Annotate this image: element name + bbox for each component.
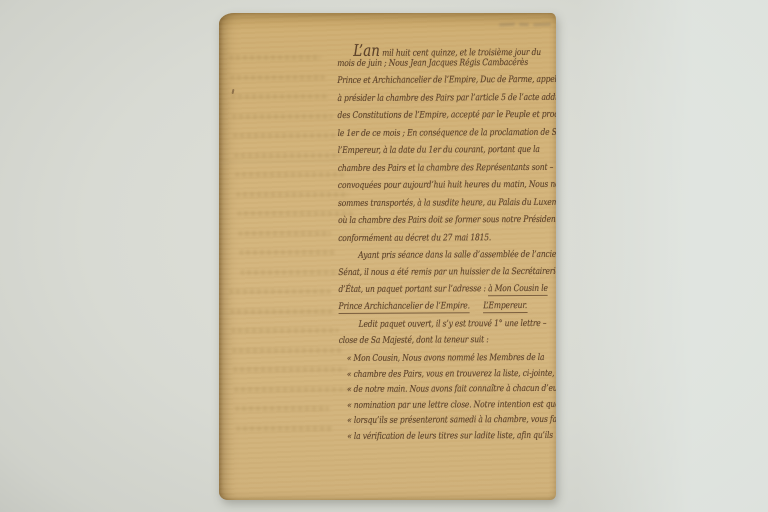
manuscript-line: « chambre des Pairs, vous en trouverez l… xyxy=(347,369,526,385)
text-segment: à présider la chambre des Pairs par l’ar… xyxy=(337,92,556,103)
manuscript-line: à présider la chambre des Pairs par l’ar… xyxy=(337,93,523,111)
manuscript-line: l’Empereur, à la date du 1er du courant,… xyxy=(338,145,524,163)
photo-backdrop: L’an mil huit cent quinze, et le troisiè… xyxy=(0,0,768,512)
manuscript-line: le 1er de ce mois ; En conséquence de la… xyxy=(338,128,524,146)
text-segment: « de notre main. Nous avons fait connaît… xyxy=(347,384,556,395)
bleedthrough-line xyxy=(234,387,351,392)
manuscript-line: où la chambre des Pairs doit se former s… xyxy=(338,215,524,233)
text-segment: « Mon Cousin, Nous avons nommé les Membr… xyxy=(347,353,545,364)
text-segment: Sénat, il nous a été remis par un huissi… xyxy=(338,267,556,278)
text-segment: « nomination par une lettre close. Notre… xyxy=(347,399,556,410)
manuscript-line: L’an mil huit cent quinze, et le troisiè… xyxy=(353,40,525,58)
text-segment: où la chambre des Pairs doit se former s… xyxy=(338,215,556,226)
manuscript-line: Ledit paquet ouvert, il s’y est trouvé 1… xyxy=(359,319,528,336)
decorated-initial: L’an xyxy=(353,41,380,60)
underlined-text: L’Empereur. xyxy=(483,301,527,313)
text-segment: « la vérification de leurs titres sur la… xyxy=(347,430,553,441)
paragraph-4: « Mon Cousin, Nous avons nommé les Membr… xyxy=(339,353,556,447)
manuscript-line: d’État, un paquet portant sur l’adresse … xyxy=(338,284,524,302)
manuscript-line: des Constitutions de l’Empire, accepté p… xyxy=(338,110,524,128)
manuscript-page: L’an mil huit cent quinze, et le troisiè… xyxy=(219,13,556,500)
manuscript-line: mois de juin ; Nous Jean Jacques Régis C… xyxy=(337,58,523,76)
manuscript-line: « Mon Cousin, Nous avons nommé les Membr… xyxy=(347,353,526,369)
text-segment: Ayant pris séance dans la salle d’assemb… xyxy=(358,250,556,261)
bleedthrough-line xyxy=(231,328,339,333)
text-segment: Prince et Archichancelier de l’Empire, D… xyxy=(337,75,556,86)
bleedthrough-line xyxy=(232,114,333,119)
paragraph-2: Ayant pris séance dans la salle d’assemb… xyxy=(338,250,556,319)
bleedthrough-line xyxy=(237,211,353,216)
bleedthrough-line xyxy=(233,133,337,138)
text-segment: sommes transportés, à la susdite heure, … xyxy=(338,197,556,208)
bleedthrough-line xyxy=(231,94,329,99)
manuscript-text: L’an mil huit cent quinze, et le troisiè… xyxy=(337,13,556,500)
text-segment: conformément au décret du 27 mai 1815. xyxy=(338,233,491,244)
bleedthrough-line xyxy=(229,55,321,60)
bleedthrough-line xyxy=(236,192,349,197)
manuscript-line: Ayant pris séance dans la salle d’assemb… xyxy=(358,250,527,268)
bleedthrough-line xyxy=(233,367,347,372)
bleedthrough-line xyxy=(234,153,341,158)
manuscript-line: sommes transportés, à la susdite heure, … xyxy=(338,198,524,216)
bleedthrough-line xyxy=(240,270,339,275)
text-segment: convoquées pour aujourd’hui huit heures … xyxy=(338,180,556,191)
text-segment: chambre des Pairs et la chambre des Repr… xyxy=(338,162,553,173)
manuscript-line: « nomination par une lettre close. Notre… xyxy=(347,400,526,416)
bleedthrough-line xyxy=(232,348,343,353)
manuscript-line: Prince Archichancelier de l’Empire. L’Em… xyxy=(339,301,525,319)
backdrop-right-tint xyxy=(578,0,768,512)
paragraph-1: L’an mil huit cent quinze, et le troisiè… xyxy=(337,40,556,251)
paragraph-3: Ledit paquet ouvert, il s’y est trouvé 1… xyxy=(339,319,556,352)
text-segment: le 1er de ce mois ; En conséquence de la… xyxy=(338,127,556,138)
text-segment: « lorsqu’ils se présenteront samedi à la… xyxy=(347,415,556,426)
manuscript-line: conformément au décret du 27 mai 1815. xyxy=(338,233,524,251)
manuscript-line: Sénat, il nous a été remis par un huissi… xyxy=(338,267,524,285)
text-segment: des Constitutions de l’Empire, accepté p… xyxy=(338,110,556,121)
manuscript-line: « de notre main. Nous avons fait connaît… xyxy=(347,384,526,400)
text-segment: mois de juin ; Nous Jean Jacques Régis C… xyxy=(337,58,528,69)
manuscript-line: « la vérification de leurs titres sur la… xyxy=(347,431,526,447)
bleedthrough-line xyxy=(235,172,345,177)
underlined-text: Prince Archichancelier de l’Empire. xyxy=(339,301,470,313)
bleedthrough-line xyxy=(235,406,329,411)
bleedthrough-line xyxy=(230,75,325,80)
bleedthrough-line xyxy=(236,426,333,431)
text-segment: l’Empereur, à la date du 1er du courant,… xyxy=(338,145,540,156)
bleedthrough-text xyxy=(227,55,352,465)
manuscript-line: convoquées pour aujourd’hui huit heures … xyxy=(338,180,524,198)
bleedthrough-line xyxy=(239,250,335,255)
bleedthrough-line xyxy=(229,289,331,294)
text-segment: d’État, un paquet portant sur l’adresse … xyxy=(338,284,488,295)
manuscript-line: chambre des Pairs et la chambre des Repr… xyxy=(338,163,524,181)
bleedthrough-line xyxy=(238,231,331,236)
text-segment: Ledit paquet ouvert, il s’y est trouvé 1… xyxy=(359,319,547,330)
manuscript-line: close de Sa Majesté, dont la teneur suit… xyxy=(339,335,525,352)
manuscript-line: « lorsqu’ils se présenteront samedi à la… xyxy=(347,415,526,431)
text-segment: « chambre des Pairs, vous en trouverez l… xyxy=(347,368,556,379)
underlined-text: à Mon Cousin le xyxy=(488,284,548,296)
text-segment: close de Sa Majesté, dont la teneur suit… xyxy=(339,335,489,346)
text-segment xyxy=(470,301,483,311)
bleedthrough-line xyxy=(230,309,335,314)
manuscript-line: Prince et Archichancelier de l’Empire, D… xyxy=(337,75,523,93)
